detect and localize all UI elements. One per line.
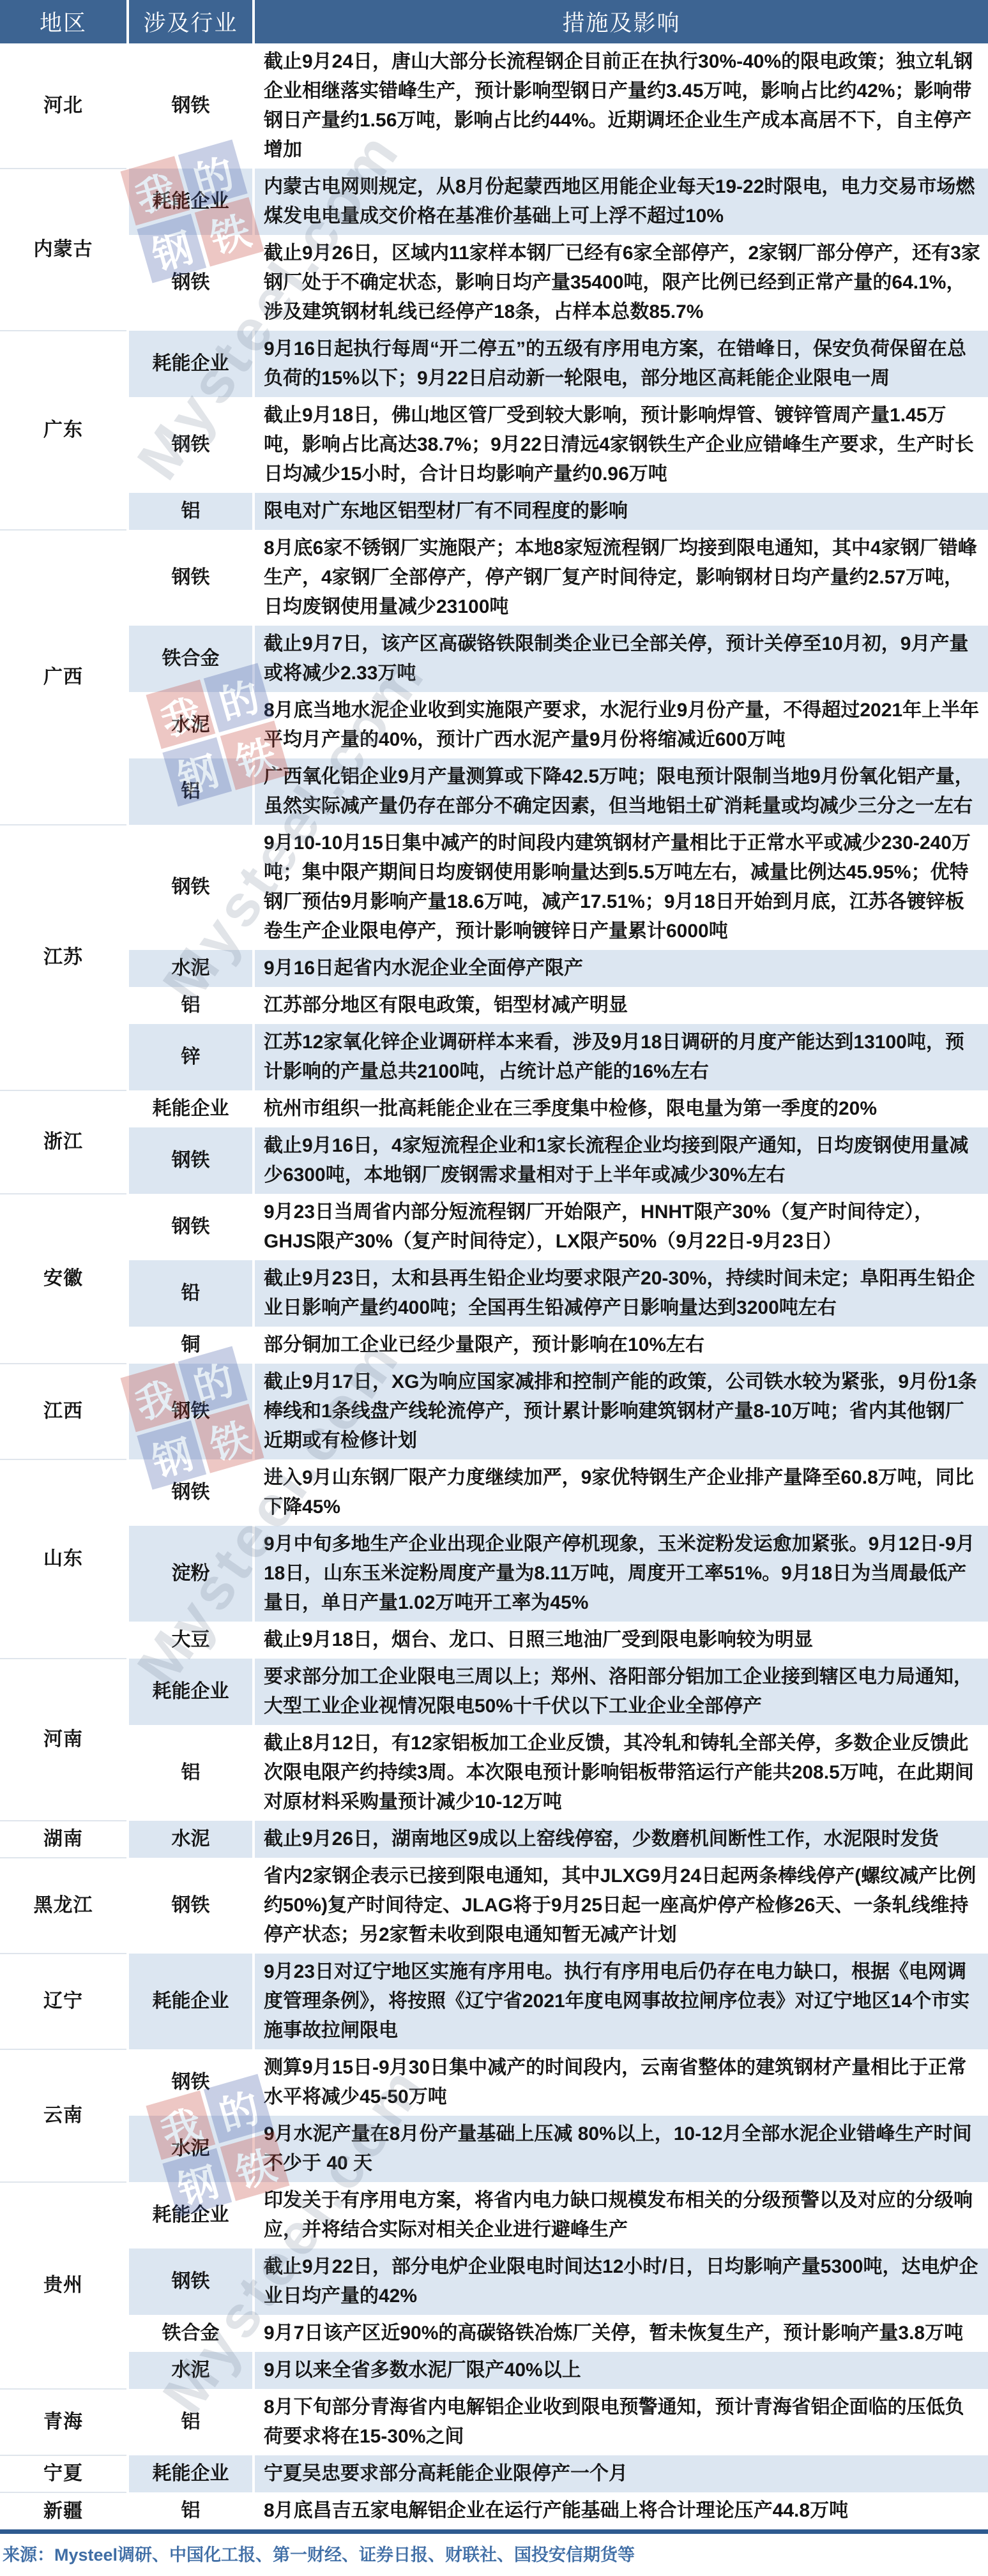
measures-cell: 截止8月12日，有12家铝板加工企业反馈，其冷轧和铸轧全部关停，多数企业反馈此次… bbox=[254, 1725, 988, 1821]
industry-cell: 铜 bbox=[128, 1327, 254, 1364]
region-cell: 辽宁 bbox=[0, 1954, 128, 2049]
industry-cell: 淀粉 bbox=[128, 1526, 254, 1622]
industry-cell: 钢铁 bbox=[128, 530, 254, 626]
measures-cell: 截止9月23日，太和县再生铅企业均要求限产20-30%，持续时间未定；阜阳再生铅… bbox=[254, 1260, 988, 1327]
industry-cell: 钢铁 bbox=[128, 1858, 254, 1954]
industry-cell: 铝 bbox=[128, 2492, 254, 2529]
table-row: 铁合金9月7日该产区近90%的高碳铬铁冶炼厂关停，暂未恢复生产，预计影响产量3.… bbox=[0, 2315, 988, 2352]
industry-cell: 钢铁 bbox=[128, 397, 254, 493]
table-body: 河北钢铁截止9月24日，唐山大部分长流程钢企目前正在执行30%-40%的限电政策… bbox=[0, 43, 988, 2529]
measures-cell: 截止9月16日，4家短流程企业和1家长流程企业均接到限产通知，日均废钢使用量减少… bbox=[254, 1127, 988, 1194]
table-row: 广东耗能企业9月16日起执行每周“开二停五”的五级有序用电方案，在错峰日，保安负… bbox=[0, 331, 988, 397]
region-cell: 广西 bbox=[0, 530, 128, 825]
industry-cell: 铝 bbox=[128, 1725, 254, 1821]
industry-cell: 铅 bbox=[128, 1260, 254, 1327]
measures-cell: 9月23日当周省内部分短流程钢厂开始限产，HNHT限产30%（复产时间待定），G… bbox=[254, 1194, 988, 1260]
region-cell: 云南 bbox=[0, 2049, 128, 2182]
measures-cell: 杭州市组织一批高耗能企业在三季度集中检修，限电量为第一季度的20% bbox=[254, 1090, 988, 1127]
header-row: 地区 涉及行业 措施及影响 bbox=[0, 0, 988, 43]
industry-cell: 大豆 bbox=[128, 1622, 254, 1659]
header-industry: 涉及行业 bbox=[128, 0, 254, 43]
region-cell: 宁夏 bbox=[0, 2455, 128, 2492]
table-row: 青海铝8月下旬部分青海省内电解铝企业收到限电预警通知，预计青海省铝企面临的压低负… bbox=[0, 2389, 988, 2455]
table-row: 云南钢铁测算9月15日-9月30日集中减产的时间段内，云南省整体的建筑钢材产量相… bbox=[0, 2049, 988, 2116]
region-cell: 广东 bbox=[0, 331, 128, 530]
industry-cell: 水泥 bbox=[128, 1821, 254, 1858]
table-row: 浙江耗能企业杭州市组织一批高耗能企业在三季度集中检修，限电量为第一季度的20% bbox=[0, 1090, 988, 1127]
measures-cell: 限电对广东地区铝型材厂有不同程度的影响 bbox=[254, 493, 988, 530]
table-row: 铝截止8月12日，有12家铝板加工企业反馈，其冷轧和铸轧全部关停，多数企业反馈此… bbox=[0, 1725, 988, 1821]
table-row: 江西钢铁截止9月17日，XG为响应国家减排和控制产能的政策，公司铁水较为紧张，9… bbox=[0, 1364, 988, 1459]
measures-cell: 截止9月18日，烟台、龙口、日照三地油厂受到限电影响较为明显 bbox=[254, 1622, 988, 1659]
table-row: 钢铁截止9月26日，区域内11家样本钢厂已经有6家全部停产，2家钢厂部分停产，还… bbox=[0, 235, 988, 331]
measures-cell: 进入9月山东钢厂限产力度继续加严，9家优特钢生产企业排产量降至60.8万吨，同比… bbox=[254, 1459, 988, 1526]
region-cell: 江苏 bbox=[0, 825, 128, 1090]
industry-cell: 铝 bbox=[128, 987, 254, 1024]
measures-cell: 9月以来全省多数水泥厂限产40%以上 bbox=[254, 2352, 988, 2389]
measures-cell: 8月底当地水泥企业收到实施限产要求，水泥行业9月份产量，不得超过2021年上半年… bbox=[254, 692, 988, 758]
table-row: 广西钢铁8月底6家不锈钢厂实施限产；本地8家短流程钢厂均接到限电通知，其中4家钢… bbox=[0, 530, 988, 626]
measures-cell: 9月水泥产量在8月份产量基础上压减 80%以上，10-12月全部水泥企业错峰生产… bbox=[254, 2116, 988, 2182]
measures-cell: 9月16日起省内水泥企业全面停产限产 bbox=[254, 950, 988, 987]
measures-cell: 截止9月22日，部分电炉企业限电时间达12小时/日，日均影响产量5300吨，达电… bbox=[254, 2248, 988, 2315]
measures-cell: 9月中旬多地生产企业出现企业限产停机现象，玉米淀粉发运愈加紧张。9月12日-9月… bbox=[254, 1526, 988, 1622]
industry-cell: 钢铁 bbox=[128, 235, 254, 331]
region-cell: 黑龙江 bbox=[0, 1858, 128, 1954]
industry-cell: 耗能企业 bbox=[128, 331, 254, 397]
region-cell: 内蒙古 bbox=[0, 169, 128, 331]
industry-cell: 水泥 bbox=[128, 2352, 254, 2389]
table-row: 河北钢铁截止9月24日，唐山大部分长流程钢企目前正在执行30%-40%的限电政策… bbox=[0, 43, 988, 169]
measures-cell: 省内2家钢企表示已接到限电通知，其中JLXG9月24日起两条棒线停产(螺纹减产比… bbox=[254, 1858, 988, 1954]
measures-cell: 广西氧化铝企业9月产量测算或下降42.5万吨；限电预计限制当地9月份氧化铝产量，… bbox=[254, 758, 988, 825]
industry-cell: 水泥 bbox=[128, 2116, 254, 2182]
table-row: 钢铁截止9月18日，佛山地区管厂受到较大影响，预计影响焊管、镀锌管周产量1.45… bbox=[0, 397, 988, 493]
measures-cell: 内蒙古电网则规定，从8月份起蒙西地区用能企业每天19-22时限电，电力交易市场燃… bbox=[254, 169, 988, 235]
region-cell: 江西 bbox=[0, 1364, 128, 1459]
industry-cell: 水泥 bbox=[128, 692, 254, 758]
region-cell: 山东 bbox=[0, 1459, 128, 1659]
measures-cell: 截止9月26日，区域内11家样本钢厂已经有6家全部停产，2家钢厂部分停产，还有3… bbox=[254, 235, 988, 331]
table-row: 辽宁耗能企业9月23日对辽宁地区实施有序用电。执行有序用电后仍存在电力缺口，根据… bbox=[0, 1954, 988, 2049]
table-row: 江苏钢铁9月10-10月15日集中减产的时间段内建筑钢材产量相比于正常水平或减少… bbox=[0, 825, 988, 950]
measures-cell: 8月底昌吉五家电解铝企业在运行产能基础上将合计理论压产44.8万吨 bbox=[254, 2492, 988, 2529]
industry-cell: 钢铁 bbox=[128, 43, 254, 169]
measures-cell: 印发关于有序用电方案，将省内电力缺口规模发布相关的分级预警以及对应的分级响应，并… bbox=[254, 2182, 988, 2248]
measures-cell: 截止9月24日，唐山大部分长流程钢企目前正在执行30%-40%的限电政策；独立轧… bbox=[254, 43, 988, 169]
measures-cell: 8月下旬部分青海省内电解铝企业收到限电预警通知，预计青海省铝企面临的压低负荷要求… bbox=[254, 2389, 988, 2455]
industry-cell: 耗能企业 bbox=[128, 1659, 254, 1725]
industry-cell: 铝 bbox=[128, 2389, 254, 2455]
table-row: 水泥9月水泥产量在8月份产量基础上压减 80%以上，10-12月全部水泥企业错峰… bbox=[0, 2116, 988, 2182]
table-row: 铁合金截止9月7日，该产区高碳铬铁限制类企业已全部关停，预计关停至10月初，9月… bbox=[0, 626, 988, 692]
table-row: 铝广西氧化铝企业9月产量测算或下降42.5万吨；限电预计限制当地9月份氧化铝产量… bbox=[0, 758, 988, 825]
table-row: 钢铁截止9月22日，部分电炉企业限电时间达12小时/日，日均影响产量5300吨，… bbox=[0, 2248, 988, 2315]
table-row: 铜部分铜加工企业已经少量限产，预计影响在10%左右 bbox=[0, 1327, 988, 1364]
power-restriction-report: 地区 涉及行业 措施及影响 河北钢铁截止9月24日，唐山大部分长流程钢企目前正在… bbox=[0, 0, 988, 2576]
table-row: 湖南水泥截止9月26日，湖南地区9成以上窑线停窑，少数磨机间断性工作，水泥限时发… bbox=[0, 1821, 988, 1858]
measures-cell: 8月底6家不锈钢厂实施限产；本地8家短流程钢厂均接到限电通知，其中4家钢厂错峰生… bbox=[254, 530, 988, 626]
measures-cell: 江苏部分地区有限电政策，铝型材减产明显 bbox=[254, 987, 988, 1024]
table-row: 铅截止9月23日，太和县再生铅企业均要求限产20-30%，持续时间未定；阜阳再生… bbox=[0, 1260, 988, 1327]
industry-cell: 钢铁 bbox=[128, 2049, 254, 2116]
table-row: 水泥9月以来全省多数水泥厂限产40%以上 bbox=[0, 2352, 988, 2389]
measures-cell: 截止9月18日，佛山地区管厂受到较大影响，预计影响焊管、镀锌管周产量1.45万吨… bbox=[254, 397, 988, 493]
measures-cell: 测算9月15日-9月30日集中减产的时间段内，云南省整体的建筑钢材产量相比于正常… bbox=[254, 2049, 988, 2116]
table-row: 水泥8月底当地水泥企业收到实施限产要求，水泥行业9月份产量，不得超过2021年上… bbox=[0, 692, 988, 758]
region-cell: 河北 bbox=[0, 43, 128, 169]
measures-cell: 要求部分加工企业限电三周以上；郑州、洛阳部分铝加工企业接到辖区电力局通知，大型工… bbox=[254, 1659, 988, 1725]
table-row: 钢铁截止9月16日，4家短流程企业和1家长流程企业均接到限产通知，日均废钢使用量… bbox=[0, 1127, 988, 1194]
industry-cell: 钢铁 bbox=[128, 1459, 254, 1526]
industry-cell: 耗能企业 bbox=[128, 1090, 254, 1127]
table-row: 内蒙古耗能企业内蒙古电网则规定，从8月份起蒙西地区用能企业每天19-22时限电，… bbox=[0, 169, 988, 235]
table-row: 水泥9月16日起省内水泥企业全面停产限产 bbox=[0, 950, 988, 987]
industry-cell: 水泥 bbox=[128, 950, 254, 987]
table-header: 地区 涉及行业 措施及影响 bbox=[0, 0, 988, 43]
table-row: 铝江苏部分地区有限电政策，铝型材减产明显 bbox=[0, 987, 988, 1024]
measures-cell: 截止9月7日，该产区高碳铬铁限制类企业已全部关停，预计关停至10月初，9月产量或… bbox=[254, 626, 988, 692]
region-cell: 新疆 bbox=[0, 2492, 128, 2529]
region-cell: 安徽 bbox=[0, 1194, 128, 1364]
measures-cell: 9月7日该产区近90%的高碳铬铁冶炼厂关停，暂未恢复生产，预计影响产量3.8万吨 bbox=[254, 2315, 988, 2352]
region-cell: 浙江 bbox=[0, 1090, 128, 1194]
region-cell: 河南 bbox=[0, 1659, 128, 1821]
header-measures: 措施及影响 bbox=[254, 0, 988, 43]
measures-cell: 截止9月17日，XG为响应国家减排和控制产能的政策，公司铁水较为紧张，9月份1条… bbox=[254, 1364, 988, 1459]
industry-cell: 铝 bbox=[128, 493, 254, 530]
table-row: 铝限电对广东地区铝型材厂有不同程度的影响 bbox=[0, 493, 988, 530]
industry-cell: 钢铁 bbox=[128, 2248, 254, 2315]
measures-cell: 江苏12家氧化锌企业调研样本来看，涉及9月18日调研的月度产能达到13100吨，… bbox=[254, 1024, 988, 1090]
measures-cell: 宁夏吴忠要求部分高耗能企业限停产一个月 bbox=[254, 2455, 988, 2492]
measures-cell: 9月16日起执行每周“开二停五”的五级有序用电方案，在错峰日，保安负荷保留在总负… bbox=[254, 331, 988, 397]
table-row: 新疆铝8月底昌吉五家电解铝企业在运行产能基础上将合计理论压产44.8万吨 bbox=[0, 2492, 988, 2529]
measures-cell: 部分铜加工企业已经少量限产，预计影响在10%左右 bbox=[254, 1327, 988, 1364]
industry-cell: 钢铁 bbox=[128, 1194, 254, 1260]
table-row: 贵州耗能企业印发关于有序用电方案，将省内电力缺口规模发布相关的分级预警以及对应的… bbox=[0, 2182, 988, 2248]
restrictions-table: 地区 涉及行业 措施及影响 河北钢铁截止9月24日，唐山大部分长流程钢企目前正在… bbox=[0, 0, 988, 2529]
industry-cell: 钢铁 bbox=[128, 1364, 254, 1459]
measures-cell: 9月23日对辽宁地区实施有序用电。执行有序用电后仍存在电力缺口，根据《电网调度管… bbox=[254, 1954, 988, 2049]
industry-cell: 钢铁 bbox=[128, 825, 254, 950]
table-row: 河南耗能企业要求部分加工企业限电三周以上；郑州、洛阳部分铝加工企业接到辖区电力局… bbox=[0, 1659, 988, 1725]
industry-cell: 耗能企业 bbox=[128, 169, 254, 235]
industry-cell: 耗能企业 bbox=[128, 2182, 254, 2248]
measures-cell: 9月10-10月15日集中减产的时间段内建筑钢材产量相比于正常水平或减少230-… bbox=[254, 825, 988, 950]
table-row: 安徽钢铁9月23日当周省内部分短流程钢厂开始限产，HNHT限产30%（复产时间待… bbox=[0, 1194, 988, 1260]
table-row: 黑龙江钢铁省内2家钢企表示已接到限电通知，其中JLXG9月24日起两条棒线停产(… bbox=[0, 1858, 988, 1954]
table-bottom-rule bbox=[0, 2529, 988, 2534]
industry-cell: 耗能企业 bbox=[128, 2455, 254, 2492]
header-region: 地区 bbox=[0, 0, 128, 43]
table-row: 大豆截止9月18日，烟台、龙口、日照三地油厂受到限电影响较为明显 bbox=[0, 1622, 988, 1659]
industry-cell: 钢铁 bbox=[128, 1127, 254, 1194]
industry-cell: 铁合金 bbox=[128, 626, 254, 692]
region-cell: 贵州 bbox=[0, 2182, 128, 2389]
industry-cell: 耗能企业 bbox=[128, 1954, 254, 2049]
region-cell: 湖南 bbox=[0, 1821, 128, 1858]
measures-cell: 截止9月26日，湖南地区9成以上窑线停窑，少数磨机间断性工作，水泥限时发货 bbox=[254, 1821, 988, 1858]
industry-cell: 铁合金 bbox=[128, 2315, 254, 2352]
source-note: 来源：Mysteel调研、中国化工报、第一财经、证券日报、财联社、国投安信期货等 bbox=[0, 2534, 988, 2576]
table-row: 山东钢铁进入9月山东钢厂限产力度继续加严，9家优特钢生产企业排产量降至60.8万… bbox=[0, 1459, 988, 1526]
industry-cell: 铝 bbox=[128, 758, 254, 825]
industry-cell: 锌 bbox=[128, 1024, 254, 1090]
table-row: 淀粉9月中旬多地生产企业出现企业限产停机现象，玉米淀粉发运愈加紧张。9月12日-… bbox=[0, 1526, 988, 1622]
table-row: 锌江苏12家氧化锌企业调研样本来看，涉及9月18日调研的月度产能达到13100吨… bbox=[0, 1024, 988, 1090]
region-cell: 青海 bbox=[0, 2389, 128, 2455]
